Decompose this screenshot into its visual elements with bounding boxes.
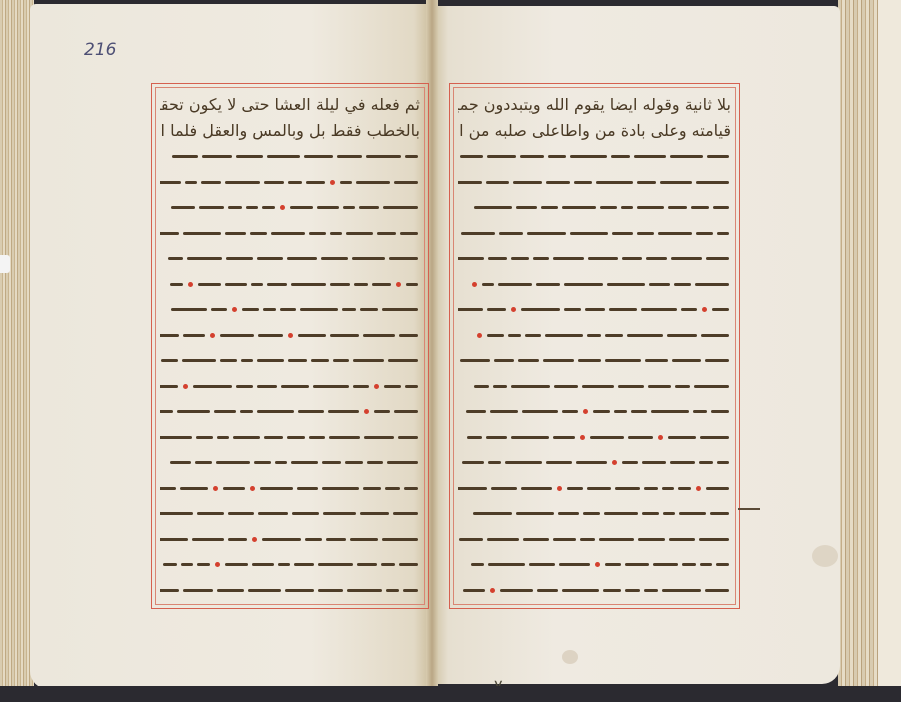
text-line [160,475,420,501]
text-line [160,169,420,195]
text-line [160,398,420,424]
text-line: بلا ثانية وقوله ايضا يقوم الله ويتبددون … [458,92,731,118]
left-text-block: ثم فعله في ليلة العشا حتى لا يكون تحقيق … [151,83,429,609]
text-line [458,577,731,603]
left-page-edges [0,0,34,702]
text-line: قيامته وعلى بادة من واطاعلى صلبه من النا… [458,118,731,144]
text-line [160,551,420,577]
text-line [458,424,731,450]
text-line [458,373,731,399]
text-line [160,296,420,322]
text-line [160,347,420,373]
text-line [458,271,731,297]
text-line [160,373,420,399]
text-line [458,220,731,246]
text-line [458,449,731,475]
left-text-lines: ثم فعله في ليلة العشا حتى لا يكون تحقيق … [160,92,420,602]
text-line [458,143,731,169]
manuscript-photo: 216 ثم فعله في ليلة العشا حتى لا يكون تح… [0,0,901,702]
paper-stain [812,545,838,567]
text-line [458,169,731,195]
text-line [458,551,731,577]
text-line [160,245,420,271]
folio-number: 216 [84,40,116,60]
text-line [458,347,731,373]
text-line [458,296,731,322]
text-line [160,322,420,348]
text-line [160,526,420,552]
text-line [458,245,731,271]
paper-clip [0,255,10,273]
text-line [160,424,420,450]
right-text-block: بلا ثانية وقوله ايضا يقوم الله ويتبددون … [449,83,740,609]
text-line [160,220,420,246]
text-line [458,526,731,552]
text-line: بالخطب فقط بل وبالمس والعقل فلما اثبت في… [160,118,420,144]
margin-pointer-mark [738,508,760,510]
background-table [0,686,901,702]
text-line [160,577,420,603]
text-line [458,398,731,424]
text-line [160,271,420,297]
text-line [458,322,731,348]
text-line [458,194,731,220]
paper-stain [562,650,578,664]
text-line [160,500,420,526]
text-line: ثم فعله في ليلة العشا حتى لا يكون تحقيق … [160,92,420,118]
text-line [458,475,731,501]
text-line [458,500,731,526]
text-line [160,143,420,169]
text-line [160,449,420,475]
text-line [160,194,420,220]
right-cover-edge [878,0,901,702]
right-text-lines: بلا ثانية وقوله ايضا يقوم الله ويتبددون … [458,92,731,602]
